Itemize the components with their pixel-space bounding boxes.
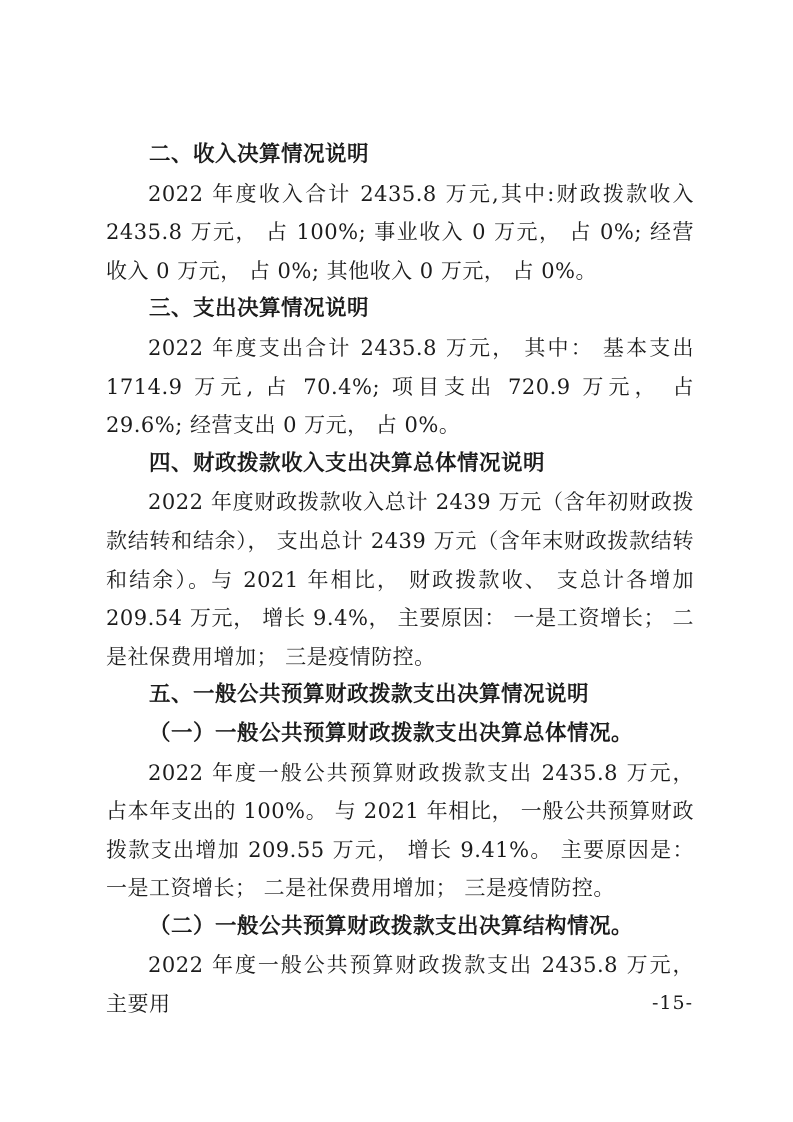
heading-expenditure-statement: 三、支出决算情况说明: [106, 290, 694, 329]
subheading-general-budget-overall: （一）一般公共预算财政拨款支出决算总体情况。: [106, 715, 694, 754]
page-number: -15-: [652, 992, 693, 1014]
paragraph-expenditure-statement: 2022 年度支出合计 2435.8 万元， 其中： 基本支出 1714.9 万…: [106, 329, 694, 445]
subheading-general-budget-structure: （二）一般公共预算财政拨款支出决算结构情况。: [106, 908, 694, 947]
heading-fiscal-appropriation-overall: 四、财政拨款收入支出决算总体情况说明: [106, 445, 694, 484]
heading-income-statement: 二、收入决算情况说明: [106, 136, 694, 175]
paragraph-general-budget-structure: 2022 年度一般公共预算财政拨款支出 2435.8 万元， 主要用: [106, 946, 694, 1023]
paragraph-general-budget-overall: 2022 年度一般公共预算财政拨款支出 2435.8 万元， 占本年支出的 10…: [106, 754, 694, 908]
document-page: 二、收入决算情况说明 2022 年度收入合计 2435.8 万元,其中:财政拨款…: [0, 0, 793, 1122]
paragraph-income-statement: 2022 年度收入合计 2435.8 万元,其中:财政拨款收入 2435.8 万…: [106, 175, 694, 291]
paragraph-fiscal-appropriation-overall: 2022 年度财政拨款收入总计 2439 万元（含年初财政拨款结转和结余）， 支…: [106, 483, 694, 676]
document-body: 二、收入决算情况说明 2022 年度收入合计 2435.8 万元,其中:财政拨款…: [106, 136, 694, 1024]
heading-general-public-budget: 五、一般公共预算财政拨款支出决算情况说明: [106, 676, 694, 715]
